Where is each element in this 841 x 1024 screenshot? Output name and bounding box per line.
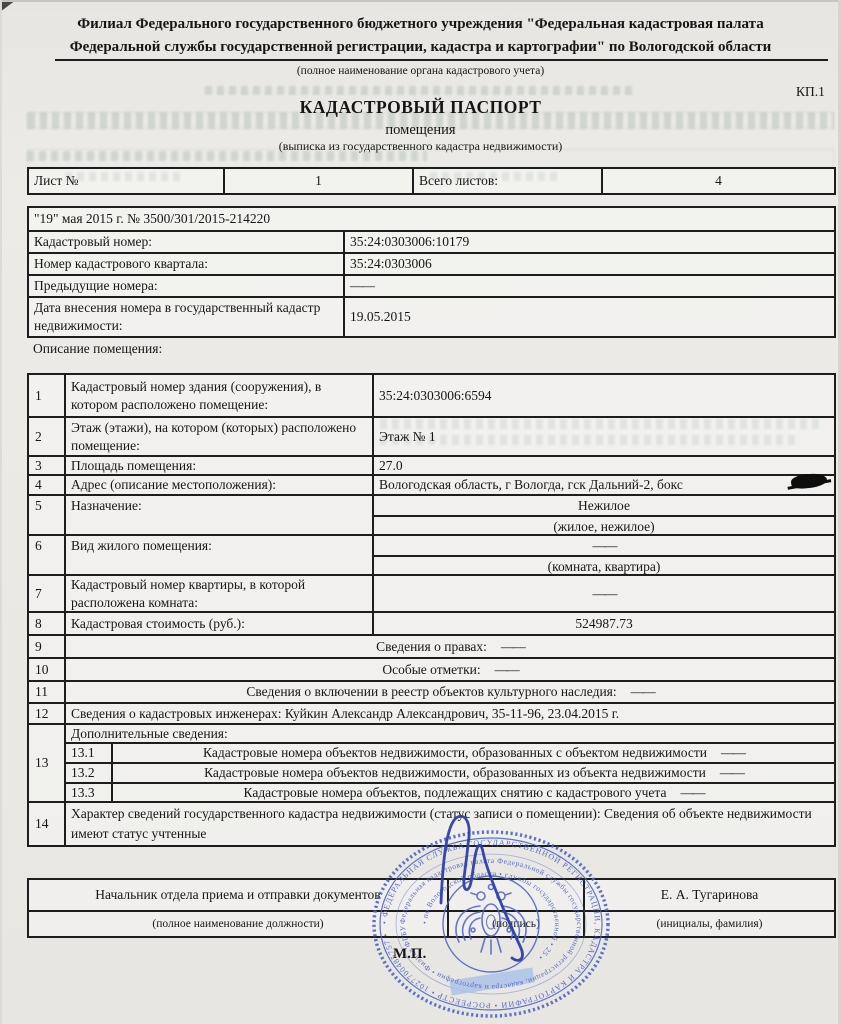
row-label: Кадастровая стоимость (руб.): — [64, 613, 372, 634]
special-marks: Особые отметки: — [382, 661, 480, 679]
entry-date-value: 19.05.2015 — [343, 298, 834, 336]
official-name: Е. А. Тугаринова — [583, 880, 834, 910]
row-number: 6 — [29, 536, 64, 574]
official-position: Начальник отдела приема и отправки докум… — [29, 880, 447, 910]
table-row: 8 Кадастровая стоимость (руб.): 524987.7… — [29, 611, 834, 634]
document-subtitle: помещения — [0, 122, 841, 139]
row-label: Адрес (описание местоположения): — [64, 476, 372, 494]
table-row: 10 Особые отметки: —— — [29, 657, 834, 680]
subrow-number: 13.1 — [66, 744, 111, 762]
org-name-caption: (полное наименование органа кадастрового… — [0, 65, 841, 77]
sheet-label: Лист № — [29, 169, 223, 193]
signature-caption: (подпись) — [447, 912, 583, 936]
subrow-text: Кадастровые номера объектов, подлежащих … — [244, 784, 667, 802]
record-status-info: Характер сведений государственного кадас… — [64, 803, 834, 845]
purpose-value: Нежилое — [374, 496, 834, 515]
table-row: 9 Сведения о правах: —— — [29, 634, 834, 657]
subrow-text: Кадастровые номера объектов недвижимости… — [204, 764, 706, 782]
main-table: 1 Кадастровый номер здания (сооружения),… — [27, 373, 836, 847]
table-row: 7 Кадастровый номер квартиры, в которой … — [29, 574, 834, 611]
cadastral-number-value: 35:24:0303006:10179 — [343, 232, 834, 252]
building-cadastral-number: 35:24:0303006:6594 — [372, 375, 834, 416]
position-caption: (полное наименование должности) — [29, 912, 447, 936]
date-number-line: "19" мая 2015 г. № 3500/301/2015-214220 — [29, 208, 834, 230]
table-row: 2 Этаж (этажи), на котором (которых) рас… — [29, 416, 834, 455]
name-caption: (инициалы, фамилия) — [583, 912, 834, 936]
sheet-value: 1 — [223, 169, 412, 193]
row-number: 9 — [29, 636, 64, 657]
engineer-info: Сведения о кадастровых инженерах: Куйкин… — [64, 704, 834, 723]
empty-dash: —— — [631, 683, 654, 701]
stamp-place-label: М.П. — [393, 946, 426, 963]
table-row: 14 Характер сведений государственного ка… — [29, 801, 834, 845]
document-subtitle-caption: (выписка из государственного кадастра не… — [0, 139, 841, 154]
table-row: 4 Адрес (описание местоположения): Волог… — [29, 474, 834, 494]
info-label: Кадастровый номер: — [29, 232, 343, 252]
previous-numbers-value: —— — [343, 276, 834, 296]
row-number: 8 — [29, 613, 64, 634]
info-label: Номер кадастрового квартала: — [29, 254, 343, 274]
row-label: Кадастровый номер квартиры, в которой ра… — [64, 576, 372, 611]
stamp-highlight-band — [449, 968, 534, 996]
document-title: КАДАСТРОВЫЙ ПАСПОРТ — [0, 97, 841, 118]
empty-dash: —— — [680, 784, 703, 802]
floor-value: Этаж № 1 — [372, 418, 834, 455]
address-value: Вологодская область, г Вологда, гск Даль… — [372, 476, 834, 494]
header-underline — [55, 59, 828, 61]
row-label: Этаж (этажи), на котором (которых) распо… — [64, 418, 372, 455]
table-row: 13 Дополнительные сведения: 13.1 Кадастр… — [29, 723, 834, 801]
total-sheets-label: Всего листов: — [412, 169, 601, 193]
row-number: 2 — [29, 418, 64, 455]
empty-dash: —— — [721, 744, 744, 762]
bleed-through-text — [205, 86, 635, 95]
table-row: 11 Сведения о включении в реестр объекто… — [29, 680, 834, 702]
total-sheets-value: 4 — [601, 169, 834, 193]
row-label: Площадь помещения: — [64, 457, 372, 474]
sheet-table: Лист № 1 Всего листов: 4 — [27, 167, 836, 195]
description-heading: Описание помещения: — [33, 341, 162, 357]
row-label: Назначение: — [64, 496, 372, 534]
table-row: 1 Кадастровый номер здания (сооружения),… — [29, 375, 834, 416]
row-number: 11 — [29, 682, 64, 702]
table-subrow: 13.3 Кадастровые номера объектов, подлеж… — [66, 782, 834, 802]
row-label: Кадастровый номер здания (сооружения), в… — [64, 375, 372, 416]
table-subrow: 13.1 Кадастровые номера объектов недвижи… — [66, 742, 834, 762]
row-number: 1 — [29, 375, 64, 416]
row-number: 10 — [29, 659, 64, 680]
org-name-line1: Филиал Федерального государственного бюд… — [0, 14, 841, 35]
org-name-line2: Федеральной службы государственной регис… — [0, 37, 841, 58]
rights-info: Сведения о правах: — [376, 638, 487, 656]
row-number: 4 — [29, 476, 64, 494]
row-number: 3 — [29, 457, 64, 474]
info-table: "19" мая 2015 г. № 3500/301/2015-214220 … — [27, 206, 836, 338]
dwelling-type-hint: (комната, квартира) — [374, 555, 834, 575]
row-label: Вид жилого помещения: — [64, 536, 372, 574]
quarter-number-value: 35:24:0303006 — [343, 254, 834, 274]
info-label: Предыдущие номера: — [29, 276, 343, 296]
table-row: 12 Сведения о кадастровых инженерах: Куй… — [29, 702, 834, 723]
table-row: 6 Вид жилого помещения: —— (комната, ква… — [29, 534, 834, 574]
flat-cadastral-number: —— — [372, 576, 834, 611]
info-label: Дата внесения номера в государственный к… — [29, 298, 343, 336]
signature-cell — [447, 880, 583, 910]
table-subrow: 13.2 Кадастровые номера объектов недвижи… — [66, 762, 834, 782]
empty-dash: —— — [495, 661, 518, 679]
row-number: 12 — [29, 704, 64, 723]
additional-info-header: Дополнительные сведения: — [66, 725, 834, 742]
row-number: 7 — [29, 576, 64, 611]
subrow-number: 13.3 — [66, 784, 111, 802]
table-row: 5 Назначение: Нежилое (жилое, нежилое) — [29, 494, 834, 534]
row-number: 14 — [29, 803, 64, 845]
purpose-hint: (жилое, нежилое) — [374, 515, 834, 535]
row-number: 13 — [29, 725, 64, 801]
table-row: 3 Площадь помещения: 27.0 — [29, 455, 834, 474]
heritage-info: Сведения о включении в реестр объектов к… — [246, 683, 616, 701]
subrow-number: 13.2 — [66, 764, 111, 782]
cadastral-cost-value: 524987.73 — [372, 613, 834, 634]
scan-top-edge — [0, 0, 841, 2]
signature-table: Начальник отдела приема и отправки докум… — [27, 878, 836, 938]
subrow-text: Кадастровые номера объектов недвижимости… — [203, 744, 707, 762]
row-number: 5 — [29, 496, 64, 534]
dwelling-type-value: —— — [374, 536, 834, 555]
area-value: 27.0 — [372, 457, 834, 474]
empty-dash: —— — [720, 764, 743, 782]
empty-dash: —— — [501, 638, 524, 656]
